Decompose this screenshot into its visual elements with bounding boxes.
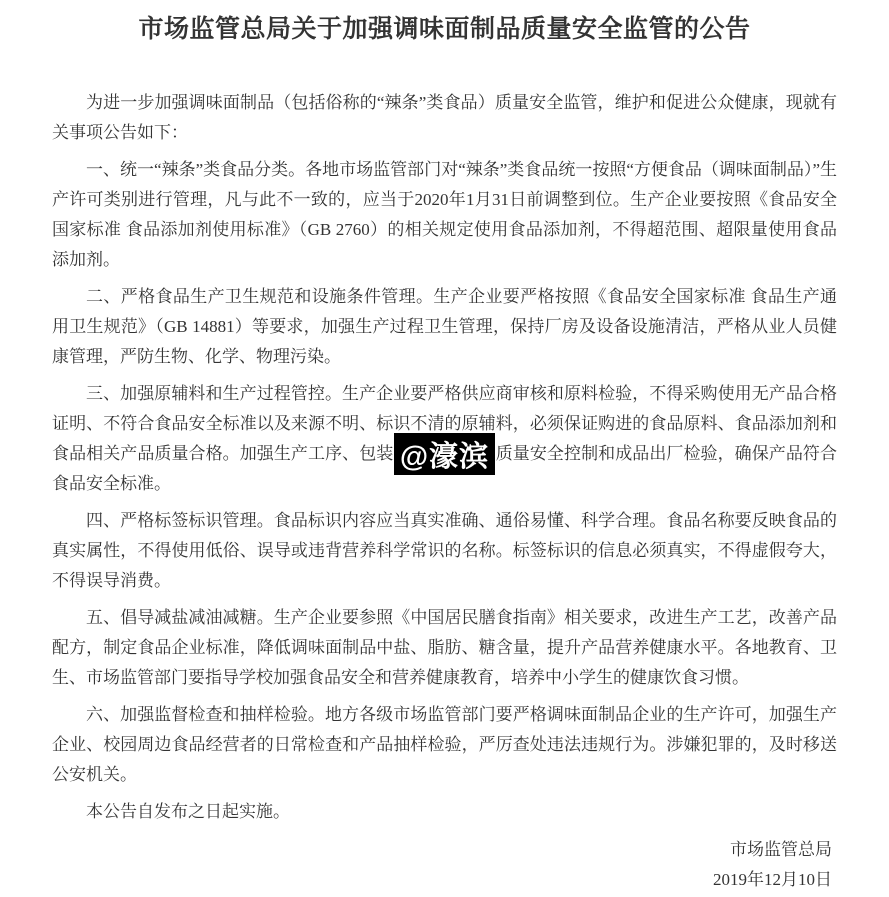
section-4-paragraph: 四、严格标签标识管理。食品标识内容应当真实准确、通俗易懂、科学合理。食品名称要反… <box>52 506 837 596</box>
section-2-paragraph: 二、严格食品生产卫生规范和设施条件管理。生产企业要严格按照《食品安全国家标准 食… <box>52 282 837 372</box>
watermark-text: @濠滨 <box>400 434 489 475</box>
intro-paragraph: 为进一步加强调味面制品（包括俗称的“辣条”类食品）质量安全监管，维护和促进公众健… <box>52 88 837 148</box>
watermark-badge: @濠滨 <box>394 433 495 475</box>
section-6-paragraph: 六、加强监督检查和抽样检验。地方各级市场监管部门要严格调味面制品企业的生产许可，… <box>52 700 837 790</box>
announcement-document: 市场监管总局关于加强调味面制品质量安全监管的公告 为进一步加强调味面制品（包括俗… <box>0 0 889 897</box>
signature-block: 市场监管总局 2019年12月10日 <box>52 835 837 895</box>
section-1-paragraph: 一、统一“辣条”类食品分类。各地市场监管部门对“辣条”类食品统一按照“方便食品（… <box>52 155 837 275</box>
document-title: 市场监管总局关于加强调味面制品质量安全监管的公告 <box>52 13 837 47</box>
signature-issuer: 市场监管总局 <box>52 835 832 865</box>
signature-date: 2019年12月10日 <box>52 865 832 895</box>
section-5-paragraph: 五、倡导减盐减油减糖。生产企业要参照《中国居民膳食指南》相关要求，改进生产工艺，… <box>52 603 837 693</box>
closing-paragraph: 本公告自发布之日起实施。 <box>52 797 837 827</box>
